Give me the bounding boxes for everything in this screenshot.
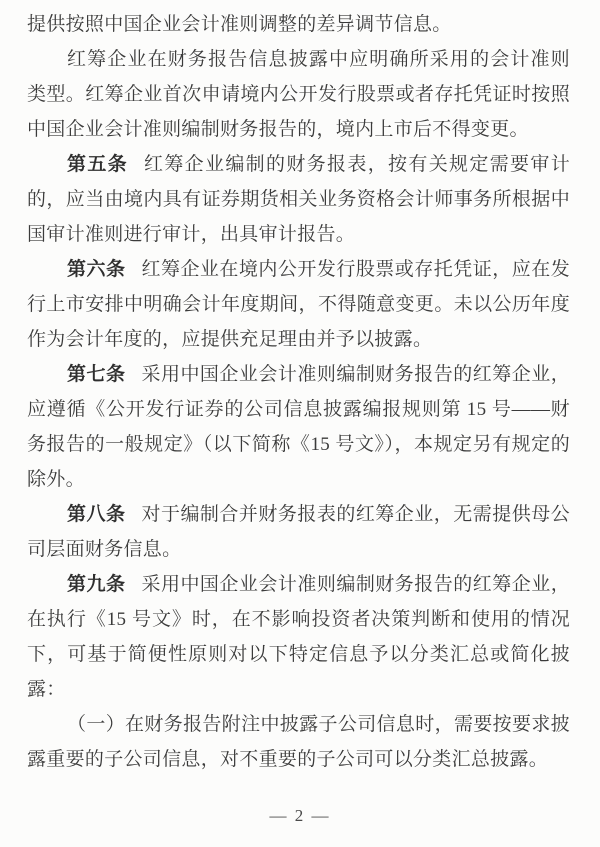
article-number: 第五条 bbox=[67, 154, 128, 175]
paragraph: 红筹企业在财务报告信息披露中应明确所采用的会计准则 类型。红筹企业首次申请境内公… bbox=[27, 42, 570, 147]
text-line: 作为会计年度的，应提供充足理由并予以披露。 bbox=[27, 322, 570, 357]
paragraph-list-item-1: （一）在财务报告附注中披露子公司信息时，需要按要求披 露重要的子公司信息，对不重… bbox=[27, 707, 570, 777]
paragraph-article-7: 第七条采用中国企业会计准则编制财务报告的红筹企业， 应遵循《公开发行证券的公司信… bbox=[27, 357, 570, 497]
article-number: 第七条 bbox=[67, 364, 125, 385]
text-line: 的，应当由境内具有证券期货相关业务资格会计师事务所根据中 bbox=[27, 182, 570, 217]
article-number: 第九条 bbox=[67, 574, 125, 595]
paragraph-article-8: 第八条对于编制合并财务报表的红筹企业，无需提供母公 司层面财务信息。 bbox=[27, 497, 570, 567]
text-line: 行上市安排中明确会计年度期间，不得随意变更。未以公历年度 bbox=[27, 287, 570, 322]
text-line: 第八条对于编制合并财务报表的红筹企业，无需提供母公 bbox=[27, 497, 570, 532]
text-line: 第五条红筹企业编制的财务报表，按有关规定需要审计 bbox=[27, 147, 570, 182]
line-text: 对于编制合并财务报表的红筹企业，无需提供母公 bbox=[141, 504, 570, 525]
line-text: 采用中国企业会计准则编制财务报告的红筹企业， bbox=[141, 364, 570, 385]
text-line: 下，可基于简便性原则对以下特定信息予以分类汇总或简化披 bbox=[27, 637, 570, 672]
text-line: 红筹企业在财务报告信息披露中应明确所采用的会计准则 bbox=[27, 42, 570, 77]
text-line: 第七条采用中国企业会计准则编制财务报告的红筹企业， bbox=[27, 357, 570, 392]
text-line: 露重要的子公司信息，对不重要的子公司可以分类汇总披露。 bbox=[27, 742, 570, 777]
article-number: 第八条 bbox=[67, 504, 125, 525]
text-line: 第六条红筹企业在境内公开发行股票或存托凭证，应在发 bbox=[27, 252, 570, 287]
text-line: 在执行《15 号文》时，在不影响投资者决策判断和使用的情况 bbox=[27, 602, 570, 637]
text-line: 第九条采用中国企业会计准则编制财务报告的红筹企业， bbox=[27, 567, 570, 602]
text-line: 国审计准则进行审计，出具审计报告。 bbox=[27, 217, 570, 252]
paragraph: 提供按照中国企业会计准则调整的差异调节信息。 bbox=[27, 7, 570, 42]
line-text: 红筹企业编制的财务报表，按有关规定需要审计 bbox=[144, 154, 570, 175]
text-line: 务报告的一般规定》（以下简称《15 号文》），本规定另有规定的 bbox=[27, 427, 570, 462]
text-line: 除外。 bbox=[27, 462, 570, 497]
text-line: （一）在财务报告附注中披露子公司信息时，需要按要求披 bbox=[27, 707, 570, 742]
paragraph-article-6: 第六条红筹企业在境内公开发行股票或存托凭证，应在发 行上市安排中明确会计年度期间… bbox=[27, 252, 570, 357]
text-line: 提供按照中国企业会计准则调整的差异调节信息。 bbox=[27, 7, 570, 42]
text-line: 中国企业会计准则编制财务报告的，境内上市后不得变更。 bbox=[27, 112, 570, 147]
document-page: 提供按照中国企业会计准则调整的差异调节信息。 红筹企业在财务报告信息披露中应明确… bbox=[0, 0, 600, 847]
text-line: 类型。红筹企业首次申请境内公开发行股票或者存托凭证时按照 bbox=[27, 77, 570, 112]
text-line: 司层面财务信息。 bbox=[27, 532, 570, 567]
line-text: 采用中国企业会计准则编制财务报告的红筹企业， bbox=[141, 574, 570, 595]
line-text: 红筹企业在境内公开发行股票或存托凭证，应在发 bbox=[141, 259, 570, 280]
text-line: 露： bbox=[27, 672, 570, 707]
article-number: 第六条 bbox=[67, 259, 125, 280]
text-line: 应遵循《公开发行证券的公司信息披露编报规则第 15 号——财 bbox=[27, 392, 570, 427]
paragraph-article-5: 第五条红筹企业编制的财务报表，按有关规定需要审计 的，应当由境内具有证券期货相关… bbox=[27, 147, 570, 252]
document-body: 提供按照中国企业会计准则调整的差异调节信息。 红筹企业在财务报告信息披露中应明确… bbox=[27, 7, 570, 777]
page-number: — 2 — bbox=[0, 806, 600, 826]
paragraph-article-9: 第九条采用中国企业会计准则编制财务报告的红筹企业， 在执行《15 号文》时，在不… bbox=[27, 567, 570, 707]
